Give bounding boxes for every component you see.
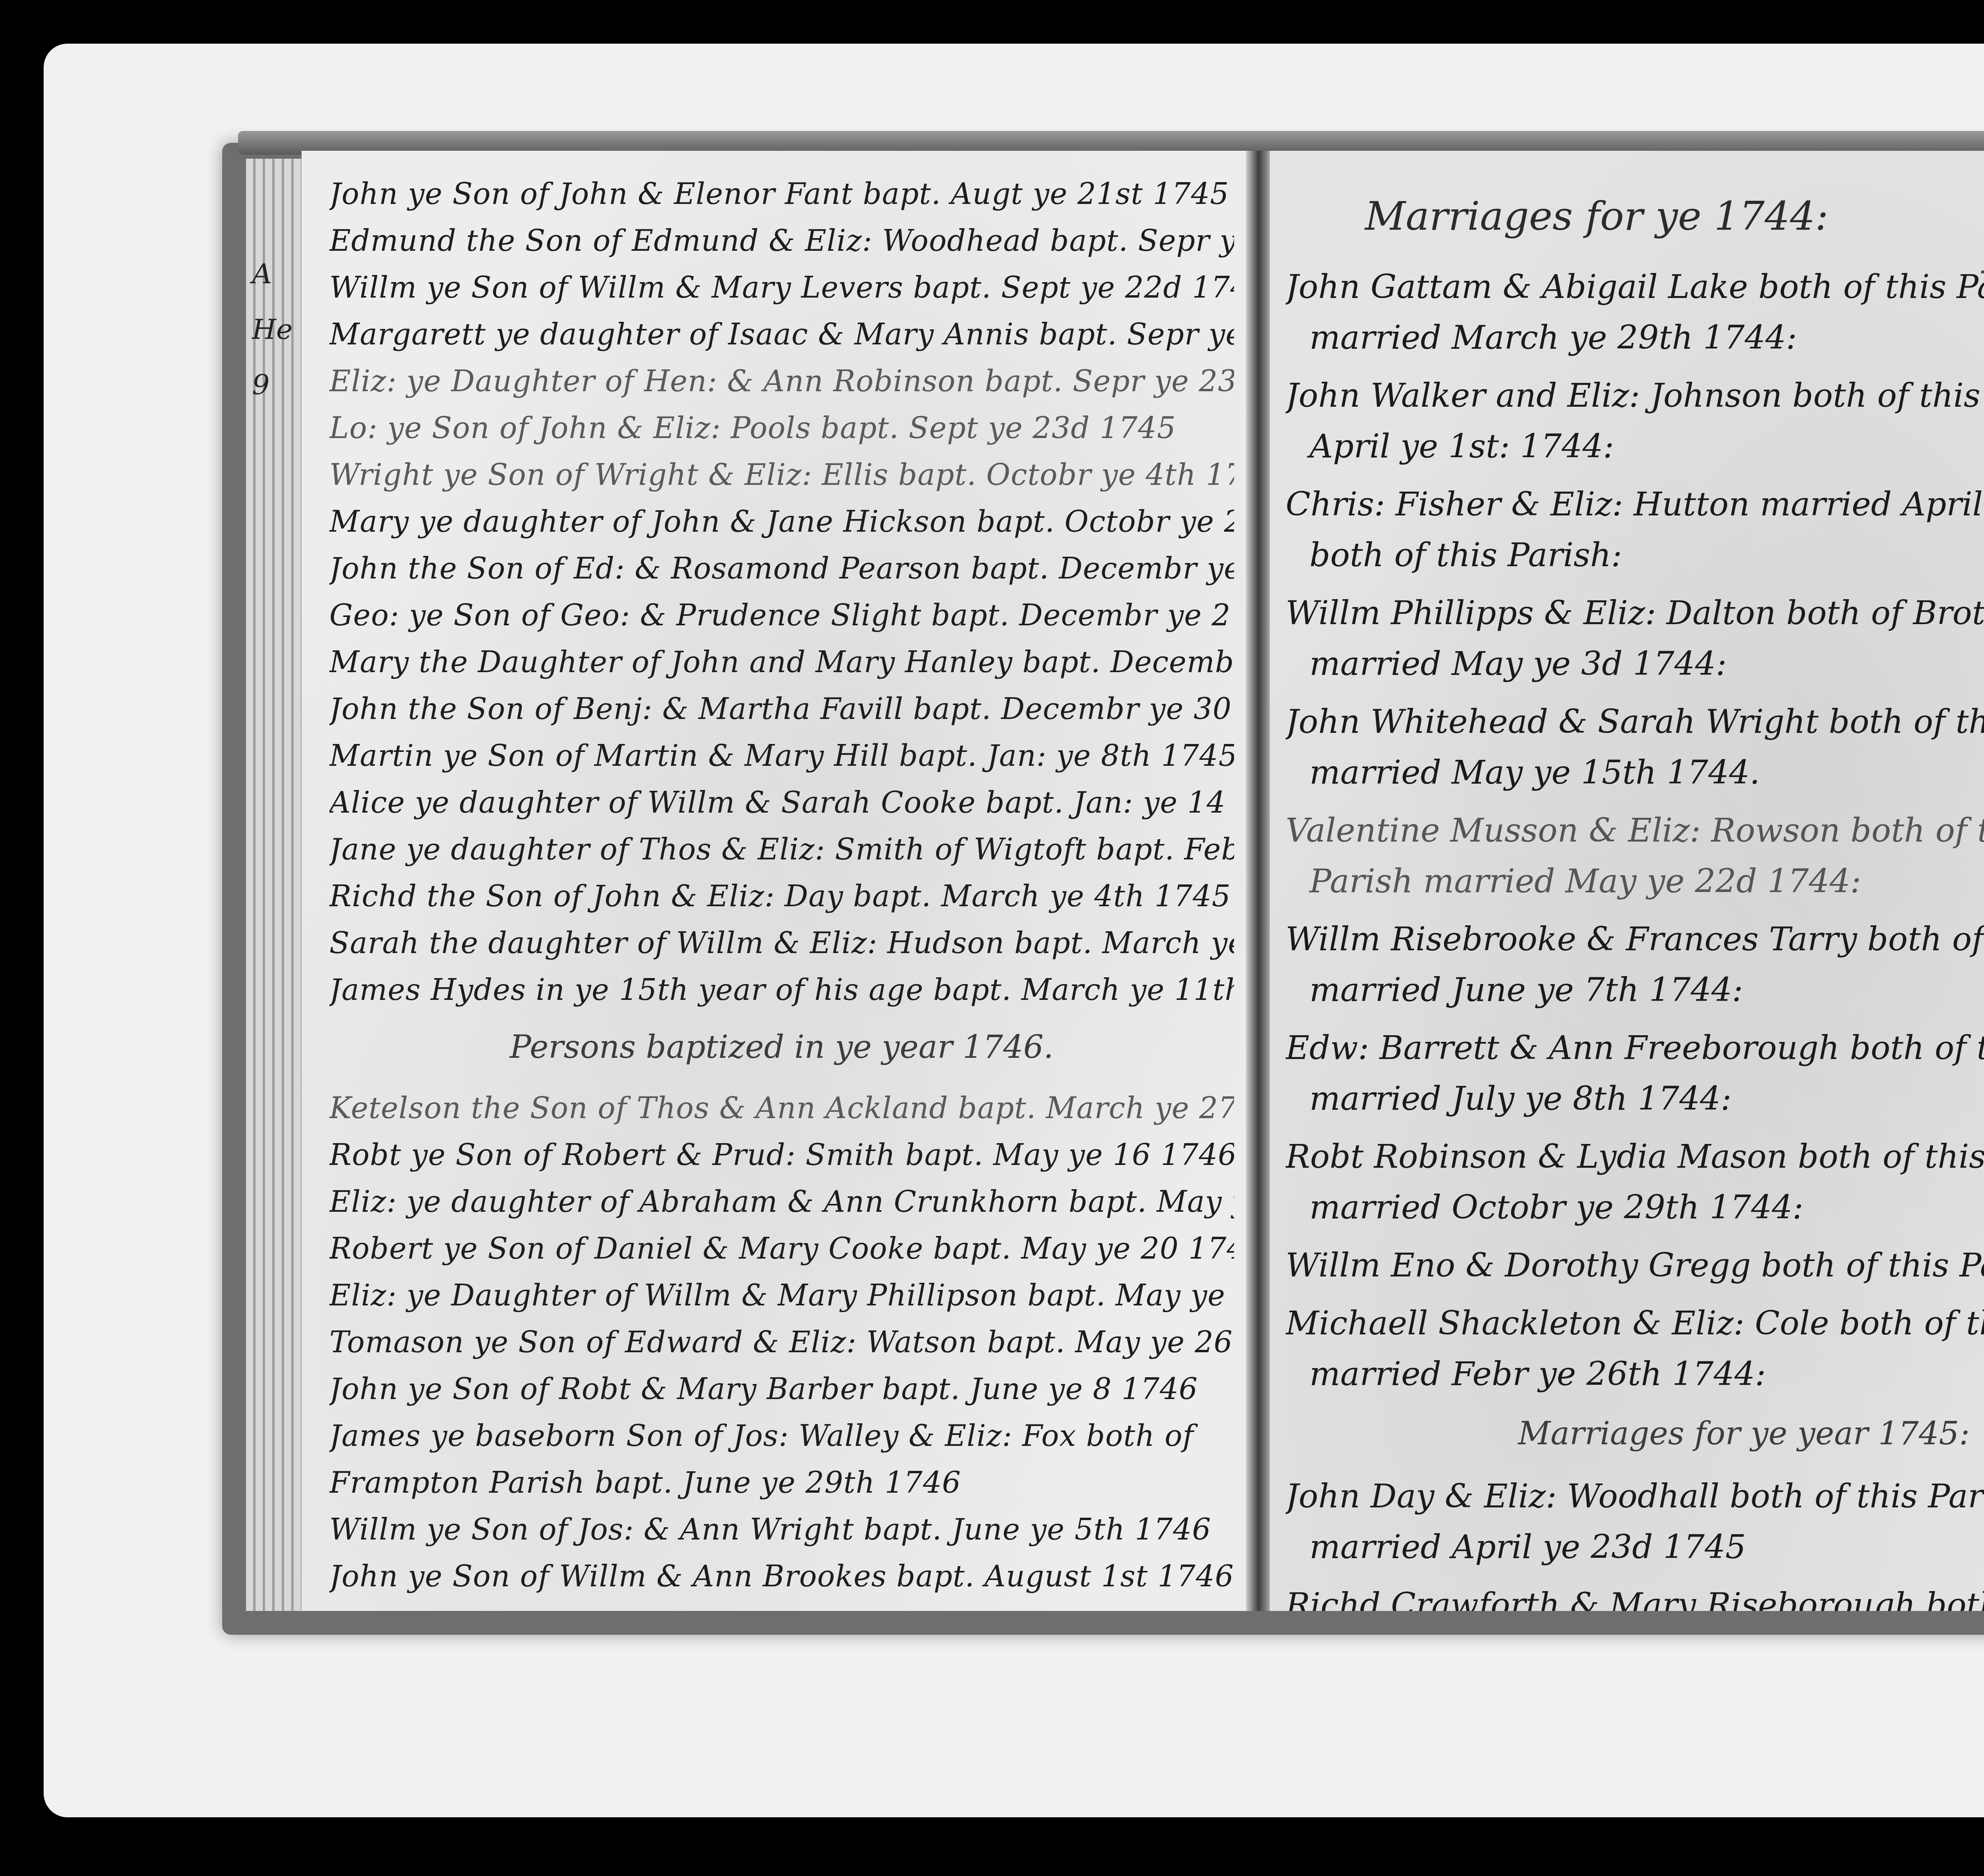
- marriage-line: Willm Eno & Dorothy Gregg both of this P…: [1286, 1240, 1984, 1291]
- baptism-entry: Wright ye Son of Wright & Eliz: Ellis ba…: [329, 452, 1234, 498]
- marriage-line: John Walker and Eliz: Johnson both of th…: [1286, 371, 1984, 421]
- marriage-entry: John Whitehead & Sarah Wright both of th…: [1286, 697, 1984, 798]
- marriage-line: Michaell Shackleton & Eliz: Cole both of…: [1286, 1298, 1984, 1349]
- marriage-entry: Robt Robinson & Lydia Mason both of this…: [1286, 1132, 1984, 1233]
- marriage-line: married March ye 29th 1744:: [1286, 313, 1984, 363]
- baptism-entry: Alice ye daughter of Willm & Sarah Cooke…: [329, 779, 1234, 826]
- baptism-entry: John the Son of Ed: & Rosamond Pearson b…: [329, 545, 1234, 592]
- marriage-line: married May ye 3d 1744:: [1286, 639, 1984, 690]
- baptism-entry: Sarah the daughter of Willm & Eliz: Huds…: [329, 920, 1234, 967]
- marriage-entry: Michaell Shackleton & Eliz: Cole both of…: [1286, 1298, 1984, 1400]
- marriage-entry: Willm Risebrooke & Frances Tarry both of…: [1286, 914, 1984, 1016]
- marriage-entry: Richd Crawforth & Mary Riseborough both …: [1286, 1580, 1984, 1611]
- baptism-entry: Geo: ye Son of Geo: & Prudence Slight ba…: [329, 592, 1234, 639]
- baptism-entry: Edmund the Son of Edmund & Eliz: Woodhea…: [329, 217, 1234, 264]
- baptism-entry: Lo: ye Son of John & Eliz: Pools bapt. S…: [329, 405, 1234, 452]
- baptism-entry: John ye Son of Willm & Ann Brookes bapt.…: [329, 1553, 1234, 1600]
- margin-char: He: [252, 302, 284, 357]
- baptism-entry: Ketelson the Son of Thos & Ann Ackland b…: [329, 1085, 1234, 1132]
- marriage-line: married Febr ye 26th 1744:: [1286, 1349, 1984, 1400]
- marriage-line: John Whitehead & Sarah Wright both of th…: [1286, 697, 1984, 748]
- margin-char: 9: [252, 357, 284, 413]
- left-margin-note: A He 9: [252, 246, 284, 413]
- baptism-entry: James Hydes in ye 15th year of his age b…: [329, 967, 1234, 1013]
- marriage-entry: John Walker and Eliz: Johnson both of th…: [1286, 371, 1984, 472]
- marriage-line: married June ye 7th 1744:: [1286, 965, 1984, 1016]
- marriage-line: Valentine Musson & Eliz: Rowson both of …: [1286, 805, 1984, 856]
- baptism-entry: John ye Son of Robt & Mary Barber bapt. …: [329, 1366, 1234, 1413]
- baptism-entry: Willm ye Son of Jos: & Ann Wright bapt. …: [329, 1506, 1234, 1553]
- baptism-entry: Jane ye daughter of Thos & Eliz: Smith o…: [329, 826, 1234, 873]
- section-heading-marriages-1744: Marriages for ye 1744:: [1286, 183, 1984, 250]
- marriage-list: Marriages for ye 1744: John Gattam & Abi…: [1286, 175, 1984, 1611]
- marriage-line: Edw: Barrett & Ann Freeborough both of t…: [1286, 1023, 1984, 1074]
- baptism-entry: Eliz: ye daughter of Abraham & Ann Crunk…: [329, 1178, 1234, 1225]
- section-heading-baptisms-1746: Persons baptized in ye year 1746.: [329, 1021, 1234, 1073]
- marriage-line: Robt Robinson & Lydia Mason both of this…: [1286, 1132, 1984, 1182]
- marriage-entry: Edw: Barrett & Ann Freeborough both of t…: [1286, 1023, 1984, 1124]
- left-page-baptisms: John ye Son of John & Elenor Fant bapt. …: [302, 151, 1250, 1611]
- marriage-entry: Willm Phillipps & Eliz: Dalton both of B…: [1286, 588, 1984, 690]
- marriage-line: Parish married May ye 22d 1744:: [1286, 856, 1984, 907]
- baptism-entry: Eliz: ye Daughter of Willm & Mary Philli…: [329, 1272, 1234, 1319]
- open-register-book: A He 9 John ye Son of John & Elenor Fant…: [222, 143, 1984, 1635]
- baptism-list: John ye Son of John & Elenor Fant bapt. …: [329, 171, 1234, 1600]
- marriage-line: April ye 1st: 1744:: [1286, 421, 1984, 472]
- baptism-entry: Mary the Daughter of John and Mary Hanle…: [329, 639, 1234, 686]
- baptism-entry: Tomason ye Son of Edward & Eliz: Watson …: [329, 1319, 1234, 1366]
- marriage-line: married May ye 15th 1744.: [1286, 748, 1984, 798]
- marriage-line: John Day & Eliz: Woodhall both of this P…: [1286, 1471, 1984, 1522]
- marriage-line: married July ye 8th 1744:: [1286, 1074, 1984, 1124]
- baptism-entry: Richd the Son of John & Eliz: Day bapt. …: [329, 873, 1234, 920]
- marriage-line: married April ye 23d 1745: [1286, 1522, 1984, 1573]
- marriage-line: Willm Phillipps & Eliz: Dalton both of B…: [1286, 588, 1984, 639]
- baptism-entry: Mary ye daughter of John & Jane Hickson …: [329, 498, 1234, 545]
- margin-char: A: [252, 246, 284, 302]
- baptism-entry: John the Son of Benj: & Martha Favill ba…: [329, 686, 1234, 732]
- marriage-entry: Valentine Musson & Eliz: Rowson both of …: [1286, 805, 1984, 907]
- baptism-entry: Margarett ye daughter of Isaac & Mary An…: [329, 311, 1234, 358]
- marriage-entry: John Gattam & Abigail Lake both of this …: [1286, 262, 1984, 363]
- marriage-line: Richd Crawforth & Mary Riseborough both …: [1286, 1580, 1984, 1611]
- marriage-line: Chris: Fisher & Eliz: Hutton married Apr…: [1286, 479, 1984, 530]
- marriage-line: Willm Risebrooke & Frances Tarry both of…: [1286, 914, 1984, 965]
- marriage-line: John Gattam & Abigail Lake both of this …: [1286, 262, 1984, 313]
- marriage-entry: John Day & Eliz: Woodhall both of this P…: [1286, 1471, 1984, 1573]
- baptism-entry: Eliz: ye Daughter of Hen: & Ann Robinson…: [329, 358, 1234, 405]
- baptism-entry: James ye baseborn Son of Jos: Walley & E…: [329, 1413, 1234, 1459]
- section-heading-marriages-1745: Marriages for ye year 1745:: [1286, 1408, 1984, 1459]
- marriage-entry: Willm Eno & Dorothy Gregg both of this P…: [1286, 1240, 1984, 1291]
- marriage-entry: Chris: Fisher & Eliz: Hutton married Apr…: [1286, 479, 1984, 581]
- right-page-marriages: R Marriages for ye 1744: John Gattam & A…: [1270, 151, 1984, 1611]
- baptism-entry: Robt ye Son of Robert & Prud: Smith bapt…: [329, 1132, 1234, 1178]
- marriage-line: both of this Parish:: [1286, 530, 1984, 581]
- baptism-entry: Willm ye Son of Willm & Mary Levers bapt…: [329, 264, 1234, 311]
- baptism-entry: Martin ye Son of Martin & Mary Hill bapt…: [329, 732, 1234, 779]
- baptism-entry: John ye Son of John & Elenor Fant bapt. …: [329, 171, 1234, 217]
- marriage-line: married Octobr ye 29th 1744:: [1286, 1182, 1984, 1233]
- baptism-entry: Frampton Parish bapt. June ye 29th 1746: [329, 1459, 1234, 1506]
- baptism-entry: Robert ye Son of Daniel & Mary Cooke bap…: [329, 1225, 1234, 1272]
